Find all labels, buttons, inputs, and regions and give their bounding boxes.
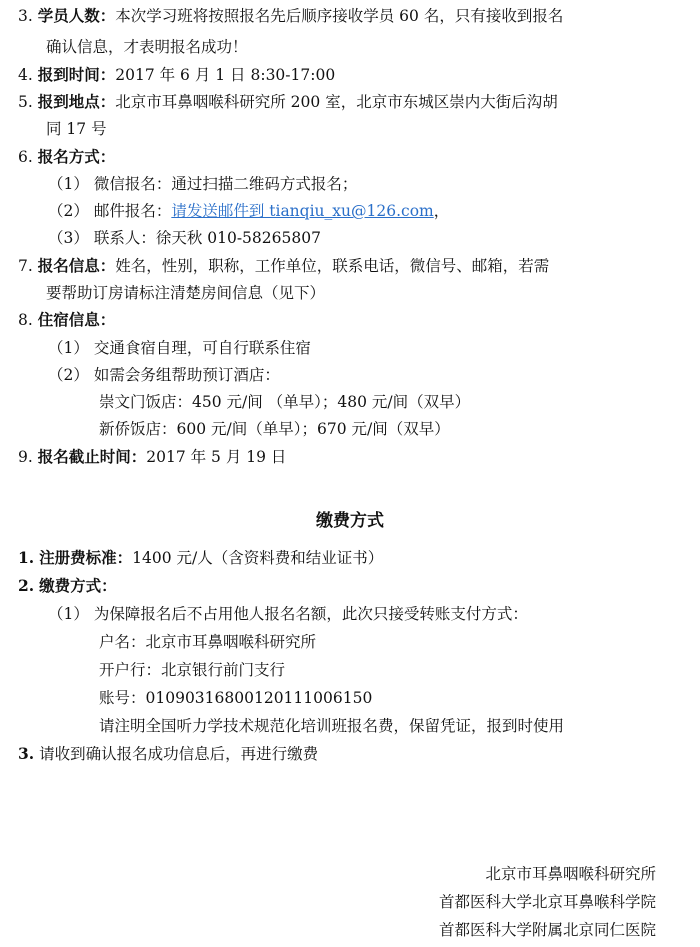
item-number: 6. bbox=[18, 148, 33, 166]
payment-item-2: 2. 缴费方式： bbox=[18, 576, 117, 596]
sub-number: （1） bbox=[48, 175, 89, 193]
sub-text: 邮件报名： bbox=[94, 202, 172, 220]
item-number: 4. bbox=[18, 66, 33, 84]
item-text: 1400 元/人（含资料费和结业证书） bbox=[132, 549, 383, 567]
sub-number: （3） bbox=[48, 229, 89, 247]
item-label: 住宿信息： bbox=[38, 310, 116, 329]
item-text: 姓名，性别，职称，工作单位，联系电话，微信号、邮箱，若需 bbox=[115, 257, 549, 275]
payment-item-3: 3. 请收到确认报名成功信息后，再进行缴费 bbox=[18, 744, 318, 764]
item-number: 5. bbox=[18, 93, 33, 111]
email-link[interactable]: 请发送邮件到 tianqiu_xu@126.com bbox=[171, 202, 433, 220]
item-number: 1. bbox=[18, 548, 34, 567]
signature-line-2: 首都医科大学北京耳鼻喉科学院 bbox=[439, 892, 656, 912]
item-number: 8. bbox=[18, 311, 33, 329]
sub-text: 为保障报名后不占用他人报名名额，此次只接受转账支付方式： bbox=[94, 605, 528, 623]
sub-text: 如需会务组帮助预订酒店： bbox=[94, 366, 280, 384]
item-number: 7. bbox=[18, 257, 33, 275]
account-name: 户名：北京市耳鼻咽喉科研究所 bbox=[99, 632, 316, 652]
item-text: 北京市耳鼻咽喉科研究所 200 室，北京市东城区崇内大街后沟胡 bbox=[115, 93, 557, 111]
item-label: 报名信息： bbox=[38, 256, 116, 275]
item-7: 7. 报名信息：姓名，性别，职称，工作单位，联系电话，微信号、邮箱，若需 bbox=[18, 256, 549, 276]
payment-note: 请注明全国听力学技术规范化培训班报名费，保留凭证，报到时使用 bbox=[99, 716, 564, 736]
item-label: 报到时间： bbox=[38, 65, 116, 84]
item-5: 5. 报到地点：北京市耳鼻咽喉科研究所 200 室，北京市东城区崇内大街后沟胡 bbox=[18, 92, 558, 112]
item-text: 2017 年 5 月 19 日 bbox=[146, 448, 286, 466]
item-label: 报到地点： bbox=[38, 92, 116, 111]
item-label: 报名截止时间： bbox=[38, 447, 147, 466]
signature-line-1: 北京市耳鼻咽喉科研究所 bbox=[485, 864, 656, 884]
item-8-sub-2: （2） 如需会务组帮助预订酒店： bbox=[48, 365, 280, 385]
sub-tail: ， bbox=[434, 202, 450, 220]
hotel-chongwenmen: 崇文门饭店：450 元/间 （单早）；480 元/间（双早） bbox=[99, 392, 470, 412]
item-text: 请收到确认报名成功信息后，再进行缴费 bbox=[39, 745, 318, 763]
item-number: 9. bbox=[18, 448, 33, 466]
sub-number: （1） bbox=[48, 339, 89, 357]
item-6-sub-3: （3） 联系人：徐天秋 010-58265807 bbox=[48, 228, 321, 248]
sub-number: （2） bbox=[48, 366, 89, 384]
item-9: 9. 报名截止时间：2017 年 5 月 19 日 bbox=[18, 447, 286, 467]
item-7-cont: 要帮助订房请标注清楚房间信息（见下） bbox=[46, 283, 325, 303]
payment-item-2-sub-1: （1） 为保障报名后不占用他人报名名额，此次只接受转账支付方式： bbox=[48, 604, 528, 624]
hotel-xinqiao: 新侨饭店：600 元/间（单早）；670 元/间（双早） bbox=[99, 419, 450, 439]
item-6-sub-1: （1） 微信报名：通过扫描二维码方式报名； bbox=[48, 174, 357, 194]
item-label: 注册费标准： bbox=[39, 548, 132, 567]
item-number: 3. bbox=[18, 744, 34, 763]
item-number: 3. bbox=[18, 7, 33, 25]
sub-text: 联系人：徐天秋 010-58265807 bbox=[94, 229, 321, 247]
sub-text: 微信报名：通过扫描二维码方式报名； bbox=[94, 175, 358, 193]
sub-number: （2） bbox=[48, 202, 89, 220]
item-5-cont: 同 17 号 bbox=[46, 119, 107, 139]
bank-name: 开户行：北京银行前门支行 bbox=[99, 660, 285, 680]
payment-item-1: 1. 注册费标准：1400 元/人（含资料费和结业证书） bbox=[18, 548, 383, 568]
account-number: 账号：01090316800120111006150 bbox=[99, 688, 372, 708]
item-label: 学员人数： bbox=[38, 6, 116, 25]
item-text: 2017 年 6 月 1 日 8:30-17:00 bbox=[115, 66, 335, 84]
item-3-cont: 确认信息，才表明报名成功！ bbox=[46, 37, 248, 57]
item-8-sub-1: （1） 交通食宿自理，可自行联系住宿 bbox=[48, 338, 311, 358]
item-number: 2. bbox=[18, 576, 34, 595]
signature-line-3: 首都医科大学附属北京同仁医院 bbox=[439, 920, 656, 940]
item-4: 4. 报到时间：2017 年 6 月 1 日 8:30-17:00 bbox=[18, 65, 335, 85]
item-8: 8. 住宿信息： bbox=[18, 310, 115, 330]
item-3: 3. 学员人数：本次学习班将按照报名先后顺序接收学员 60 名，只有接收到报名 bbox=[18, 6, 563, 26]
item-label: 报名方式： bbox=[38, 147, 116, 166]
item-6: 6. 报名方式： bbox=[18, 147, 115, 167]
item-6-sub-2: （2） 邮件报名：请发送邮件到 tianqiu_xu@126.com， bbox=[48, 201, 449, 221]
item-text: 本次学习班将按照报名先后顺序接收学员 60 名，只有接收到报名 bbox=[115, 7, 563, 25]
item-label: 缴费方式： bbox=[39, 576, 117, 595]
sub-text: 交通食宿自理，可自行联系住宿 bbox=[94, 339, 311, 357]
sub-number: （1） bbox=[48, 605, 89, 623]
payment-section-title: 缴费方式 bbox=[0, 511, 700, 531]
